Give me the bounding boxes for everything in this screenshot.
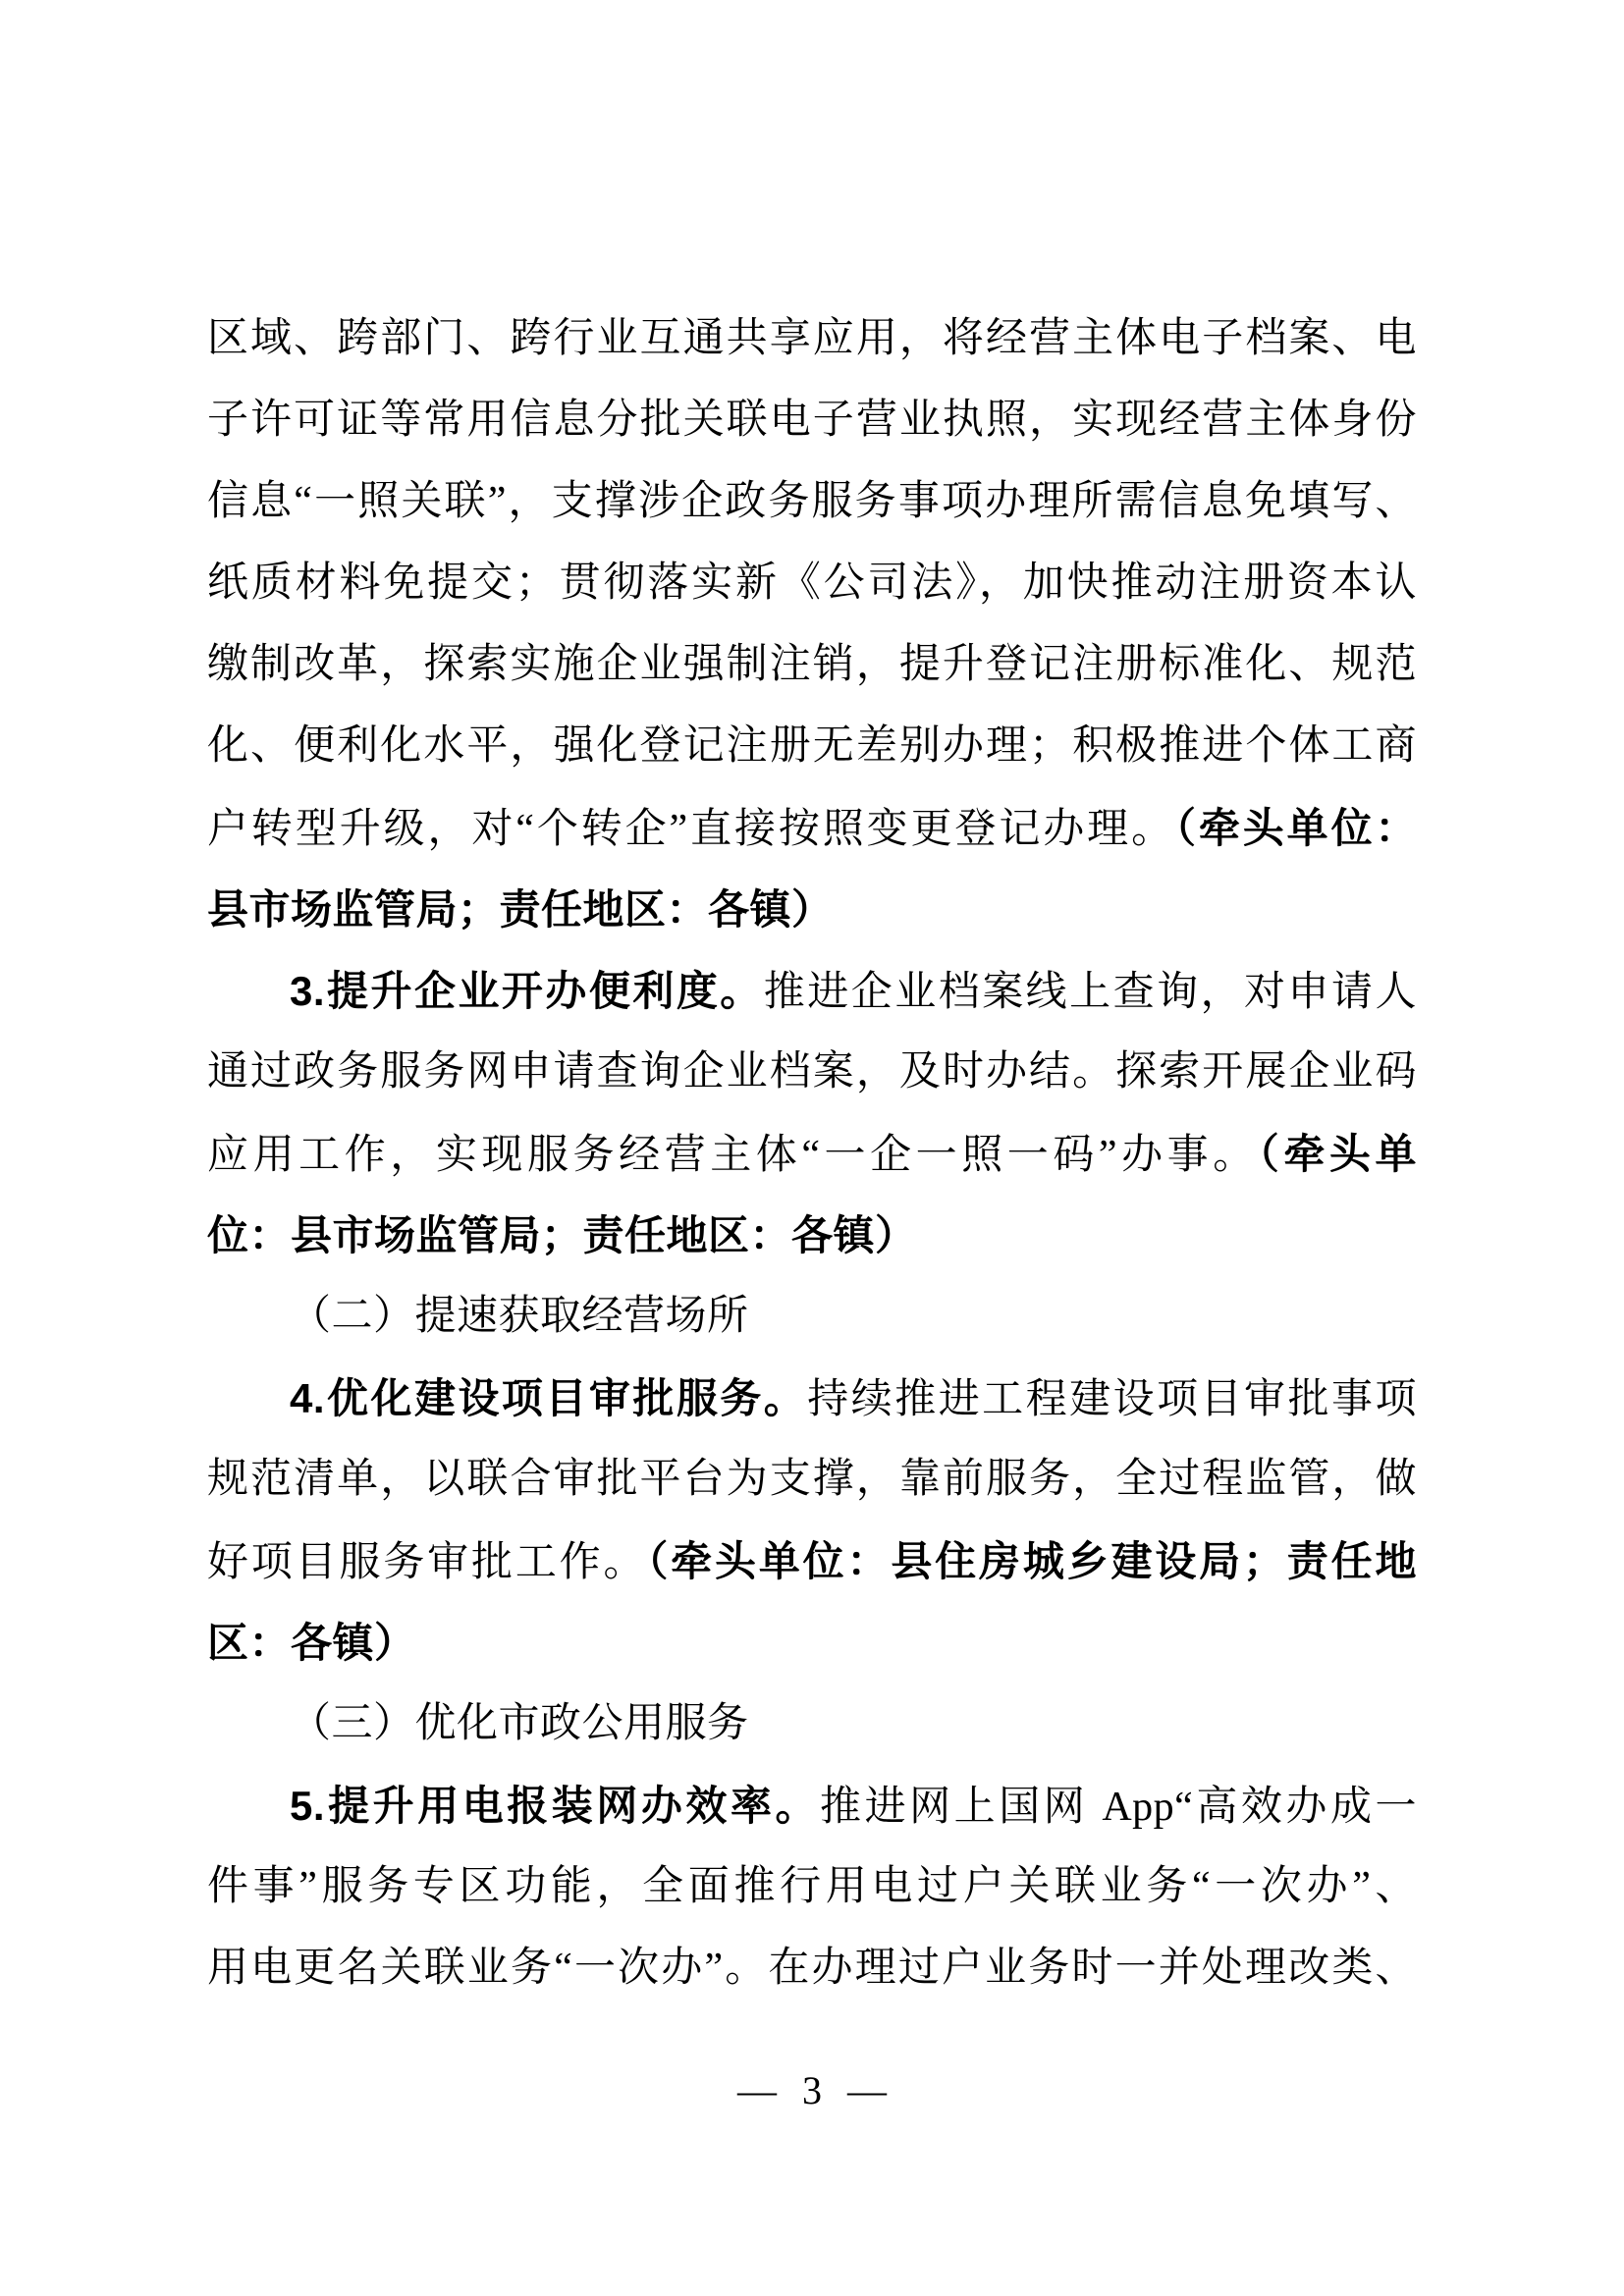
bold-text-segment: 4.优化建设项目审批服务。: [290, 1375, 807, 1421]
section-heading-text: （二）提速获取经营场所: [290, 1294, 749, 1339]
document-page: 区域、跨部门、跨行业互通共享应用，将经营主体电子档案、电子许可证等常用信息分批关…: [0, 0, 1624, 2296]
text-line: 化、便利化水平，强化登记注册无差别办理；积极推进个体工商: [207, 706, 1417, 787]
text-line: 缴制改革，探索实施企业强制注销，提升登记注册标准化、规范: [207, 624, 1417, 706]
text-line: 通过政务服务网申请查询企业档案，及时办结。探索开展企业码: [207, 1032, 1417, 1113]
body-text-segment: 好项目服务审批工作。: [207, 1540, 647, 1585]
body-text-segment: 信息“一照关联”，支撑涉企政务服务事项办理所需信息免填写、: [207, 479, 1417, 524]
text-line: 位：县市场监管局；责任地区：各镇）: [207, 1195, 1417, 1276]
section-heading-text: （三）优化市政公用服务: [290, 1701, 749, 1746]
text-line: 3.提升企业开办便利度。推进企业档案线上查询，对申请人: [207, 950, 1417, 1032]
body-text-segment: 推进企业档案线上查询，对申请人: [764, 970, 1417, 1015]
bold-text-segment: （牵头单位：: [1175, 805, 1417, 851]
text-line: 区域、跨部门、跨行业互通共享应用，将经营主体电子档案、电: [207, 298, 1417, 380]
text-line: 应用工作，实现服务经营主体“一企一照一码”办事。（牵头单: [207, 1113, 1417, 1195]
body-text-segment: 持续推进工程建设项目审批事项: [807, 1377, 1417, 1422]
bold-text-segment: 区：各镇）: [207, 1620, 416, 1666]
body-text-segment: 缴制改革，探索实施企业强制注销，提升登记注册标准化、规范: [207, 642, 1417, 687]
text-line: 区：各镇）: [207, 1602, 1417, 1683]
bold-text-segment: 5.提升用电报装网办效率。: [290, 1783, 820, 1829]
body-text-segment: 应用工作，实现服务经营主体“一企一照一码”办事。: [207, 1133, 1259, 1178]
body-text-segment: 通过政务服务网申请查询企业档案，及时办结。探索开展企业码: [207, 1049, 1417, 1095]
bold-text-segment: （牵头单: [1259, 1131, 1417, 1177]
text-line: （二）提速获取经营场所: [207, 1276, 1417, 1358]
text-line: 用电更名关联业务“一次办”。在办理过户业务时一并处理改类、: [207, 1928, 1417, 2009]
body-text-segment: 纸质材料免提交；贯彻落实新《公司法》，加快推动注册资本认: [207, 561, 1417, 606]
text-line: 户转型升级，对“个转企”直接按照变更登记办理。（牵头单位：: [207, 787, 1417, 869]
text-line: 5.提升用电报装网办效率。推进网上国网 App“高效办成一: [207, 1765, 1417, 1846]
body-text-segment: 用电更名关联业务“一次办”。在办理过户业务时一并处理改类、: [207, 1946, 1417, 1991]
bold-text-segment: （牵头单位：县住房城乡建设局；责任地: [647, 1538, 1417, 1584]
text-line: 县市场监管局；责任地区：各镇）: [207, 869, 1417, 950]
body-text-segment: 推进网上国网 App“高效办成一: [820, 1785, 1417, 1830]
body-text-segment: 化、便利化水平，强化登记注册无差别办理；积极推进个体工商: [207, 723, 1417, 769]
document-body: 区域、跨部门、跨行业互通共享应用，将经营主体电子档案、电子许可证等常用信息分批关…: [207, 298, 1417, 2009]
bold-text-segment: 县市场监管局；责任地区：各镇）: [207, 886, 834, 933]
text-line: 子许可证等常用信息分批关联电子营业执照，实现经营主体身份: [207, 380, 1417, 461]
body-text-segment: 区域、跨部门、跨行业互通共享应用，将经营主体电子档案、电: [207, 316, 1417, 361]
bold-text-segment: 3.提升企业开办便利度。: [290, 968, 764, 1014]
text-line: 件事”服务专区功能，全面推行用电过户关联业务“一次办”、: [207, 1846, 1417, 1928]
text-line: 好项目服务审批工作。（牵头单位：县住房城乡建设局；责任地: [207, 1521, 1417, 1602]
body-text-segment: 规范清单，以联合审批平台为支撑，靠前服务，全过程监管，做: [207, 1457, 1417, 1502]
bold-text-segment: 位：县市场监管局；责任地区：各镇）: [207, 1212, 917, 1258]
page-number: — 3 —: [0, 2067, 1624, 2114]
text-line: 4.优化建设项目审批服务。持续推进工程建设项目审批事项: [207, 1358, 1417, 1439]
body-text-segment: 户转型升级，对“个转企”直接按照变更登记办理。: [207, 807, 1175, 852]
text-line: 纸质材料免提交；贯彻落实新《公司法》，加快推动注册资本认: [207, 543, 1417, 624]
text-line: （三）优化市政公用服务: [207, 1683, 1417, 1765]
body-text-segment: 子许可证等常用信息分批关联电子营业执照，实现经营主体身份: [207, 398, 1417, 443]
text-line: 规范清单，以联合审批平台为支撑，靠前服务，全过程监管，做: [207, 1439, 1417, 1521]
body-text-segment: 件事”服务专区功能，全面推行用电过户关联业务“一次办”、: [207, 1864, 1417, 1909]
text-line: 信息“一照关联”，支撑涉企政务服务事项办理所需信息免填写、: [207, 461, 1417, 543]
